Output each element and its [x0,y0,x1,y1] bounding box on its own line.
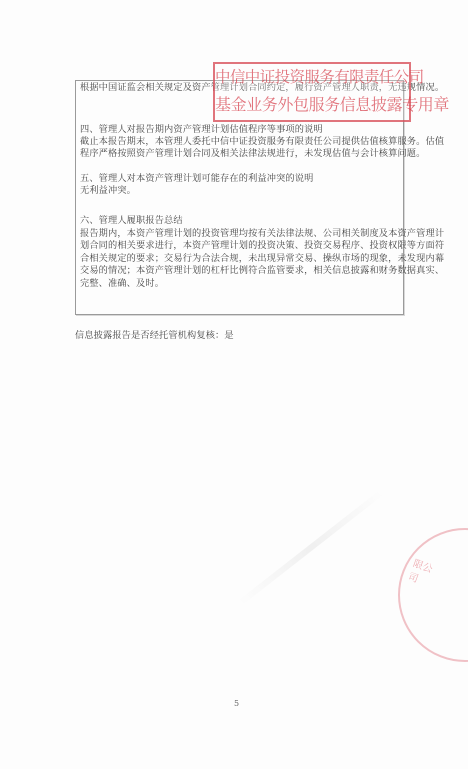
stamp-company-name: 中信中证投资服务有限责任公司 [215,65,409,87]
section-5-body: 无利益冲突。 [80,185,136,197]
section-6-body-line-3: 合相关规定的要求；交易行为合法合规，未出现异常交易、操纵市场的现象，未发现内幕 [80,253,444,265]
custodian-review-statement: 信息披露报告是否经托管机构复核：是 [75,330,234,342]
section-6-body-line-1: 报告期内，本资产管理计划的投资管理均按有关法律法规、公司相关制度及本资产管理计 [80,228,444,240]
round-seal-partial [398,528,468,662]
section-6-heading: 六、管理人履职报告总结 [80,215,183,227]
section-6-body-line-2: 划合同的相关要求进行，本资产管理计划的投资决策、投资交易程序、投资权限等方面符 [80,240,444,252]
stamp-purpose: 基金业务外包服务信息披露专用章 [215,92,409,115]
section-4-heading: 四、管理人对报告期内资产管理计划估值程序等事项的说明 [80,124,323,136]
section-6-body-line-5: 完整、准确、及时。 [80,278,164,290]
section-6-body-line-4: 交易的情况；本资产管理计划的杠杆比例符合监管要求，相关信息披露和财务数据真实、 [80,265,444,277]
section-5-heading: 五、管理人对本资产管理计划可能存在的利益冲突的说明 [80,173,313,185]
page-number: 5 [234,699,239,708]
faint-watermark [238,490,384,606]
section-4-body-line-2: 程序严格按照资产管理计划合同及相关法律法规进行，未发现估值与会计核算问题。 [80,148,426,160]
document-page: 根据中国证监会相关规定及资产管理计划合同约定，履行资产管理人职责，无违规情况。 … [0,0,468,769]
red-seal-stamp: 中信中证投资服务有限责任公司 基金业务外包服务信息披露专用章 [213,62,411,122]
section-4-body-line-1: 截止本报告期末，本管理人委托中信中证投资服务有限责任公司提供估值核算服务。估值 [80,136,444,148]
